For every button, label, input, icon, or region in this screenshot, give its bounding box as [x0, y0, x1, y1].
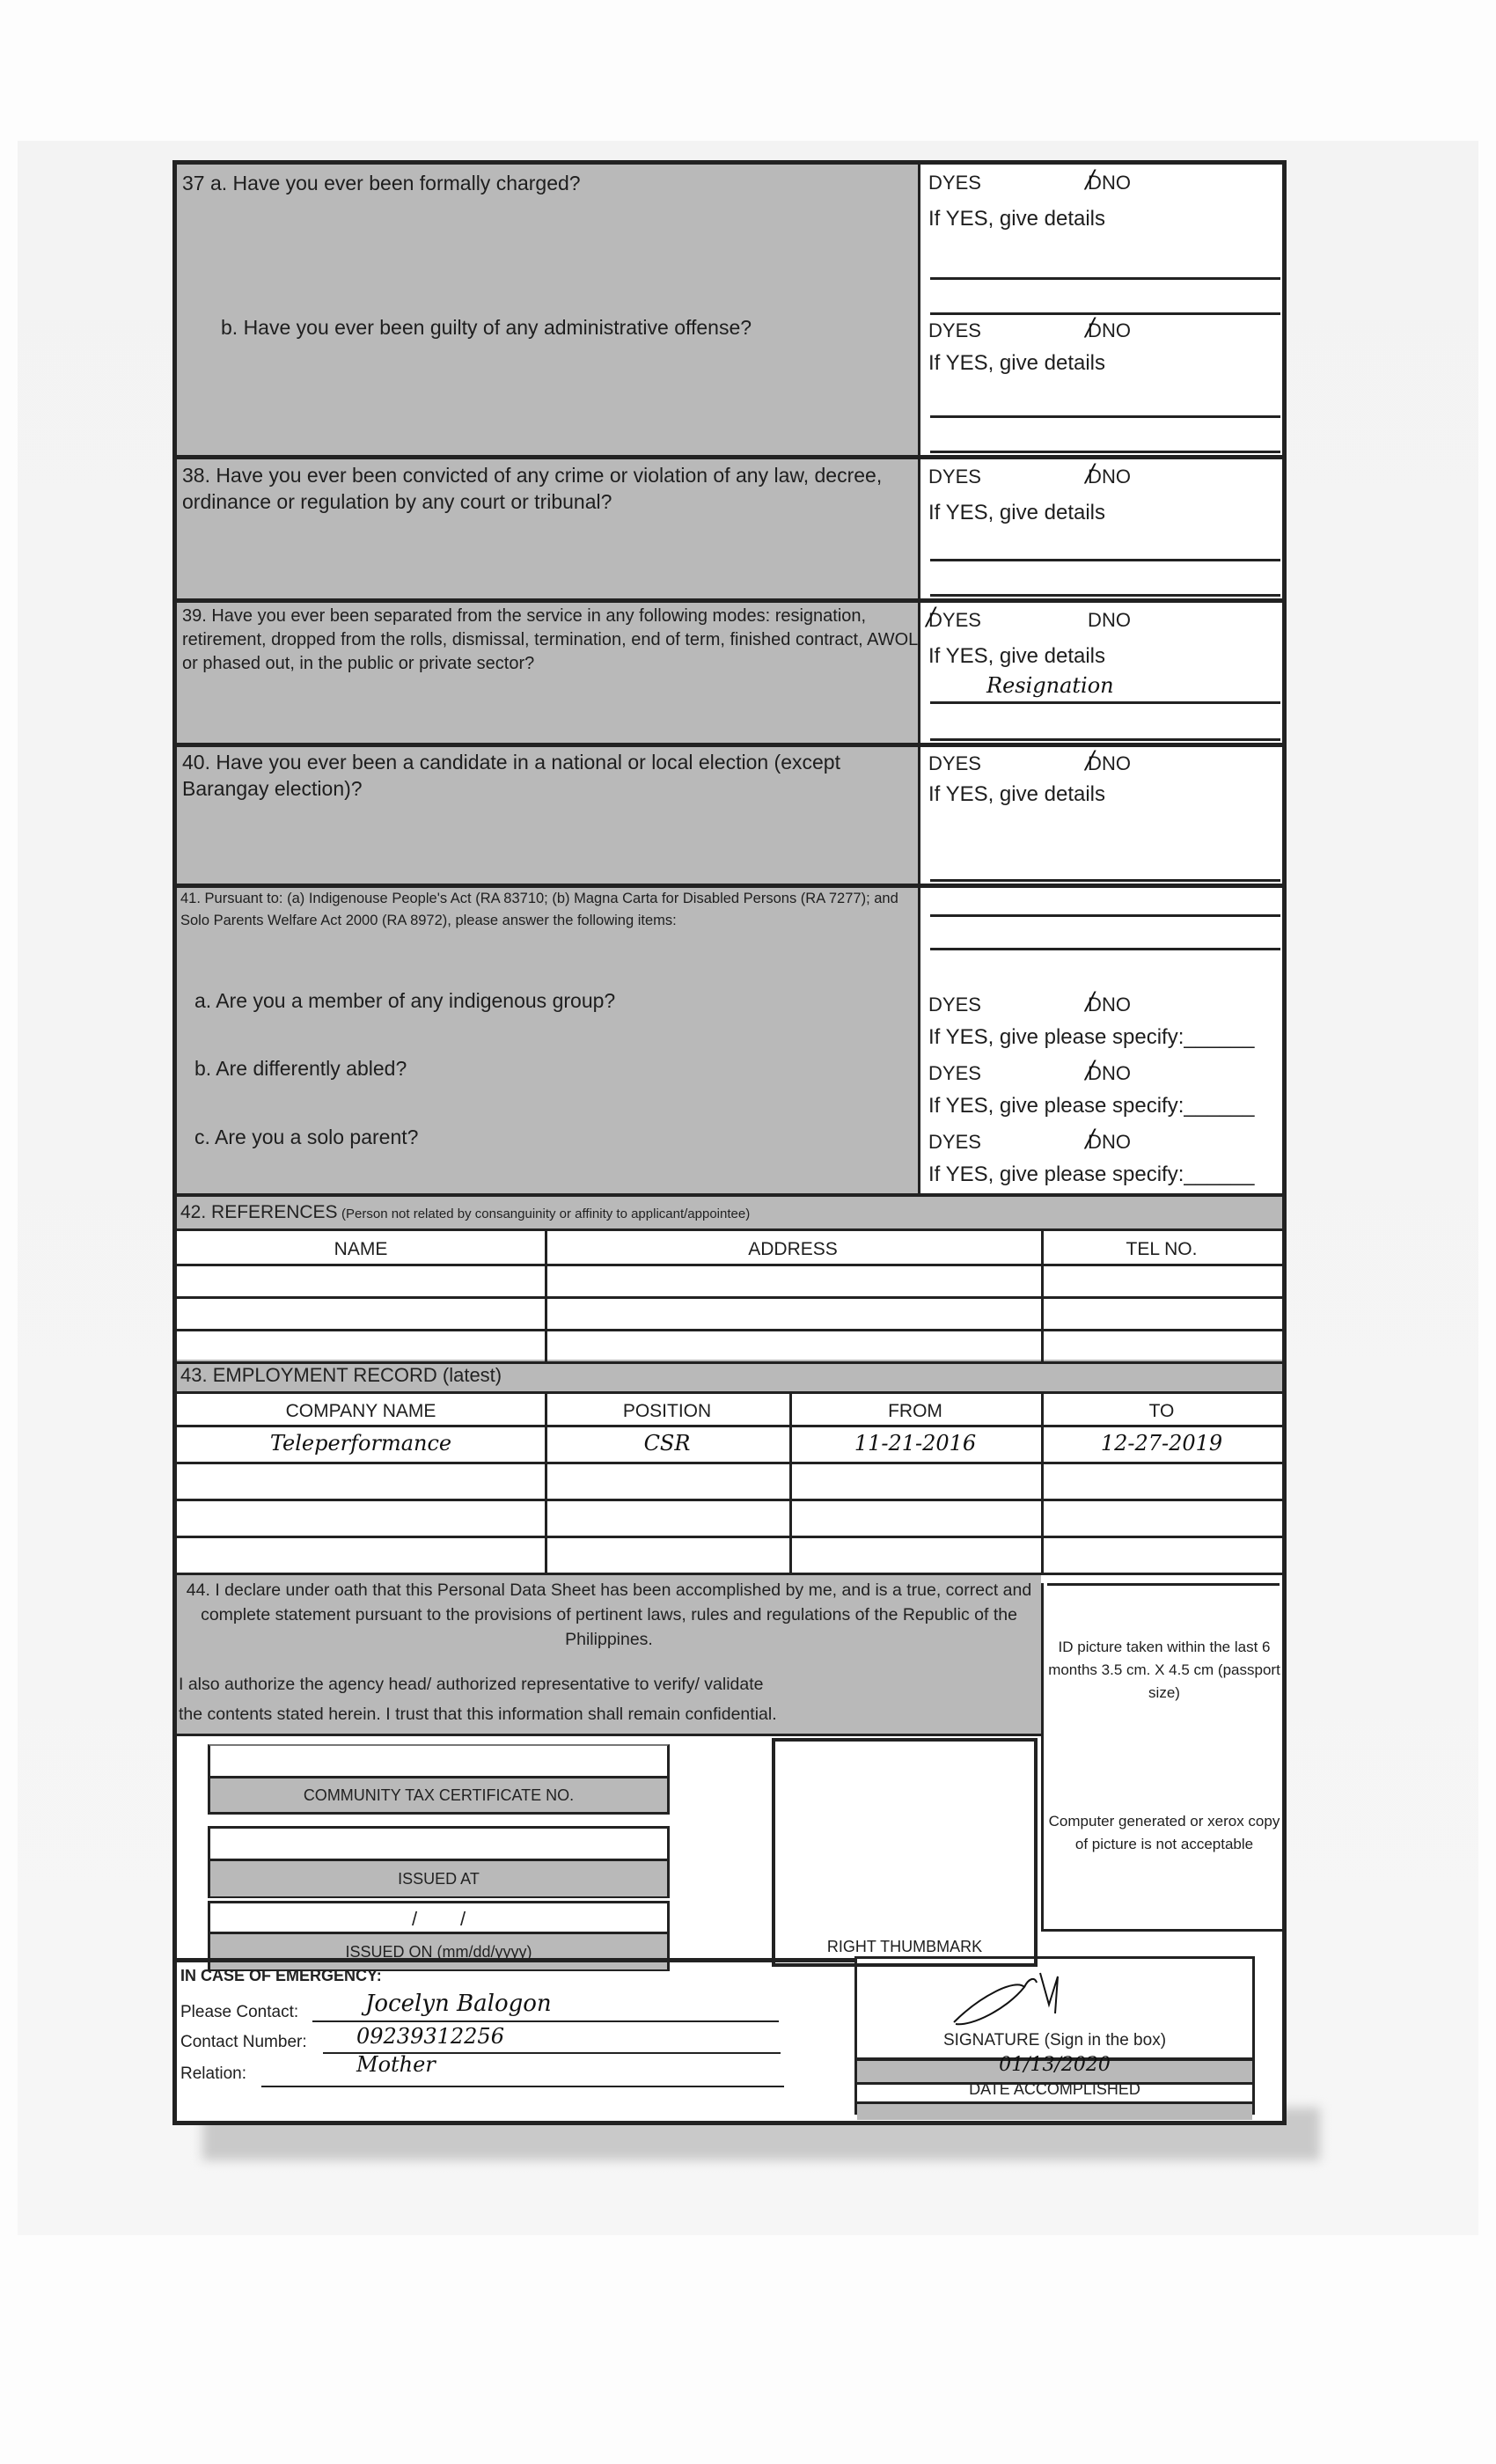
relation-label: Relation:	[180, 2064, 246, 2084]
ctc-issued-on-input[interactable]: / /	[210, 1903, 667, 1932]
q41c-specify[interactable]: If YES, give please specify:______	[928, 1162, 1280, 1187]
column-line	[1041, 1228, 1044, 1361]
q39-details-label: If YES, give details	[928, 644, 1272, 669]
q41a-yes-checkbox[interactable]: DYES	[928, 994, 981, 1016]
ctc-number-box: COMMUNITY TAX CERTIFICATE NO.	[208, 1744, 670, 1815]
employment-cell[interactable]	[789, 1462, 1041, 1499]
q40-no-checkbox[interactable]: /DNO	[1088, 752, 1131, 775]
q37a-details-label: If YES, give details	[928, 207, 1272, 231]
relation-value[interactable]: Mother	[356, 2052, 436, 2077]
row-line	[177, 1391, 1282, 1394]
q41c-no-checkbox[interactable]: /DNO	[1088, 1131, 1131, 1154]
q38-details-line-1[interactable]	[930, 559, 1280, 561]
relation-line	[261, 2086, 784, 2087]
date-accomplished-label: DATE ACCOMPLISHED	[857, 2080, 1252, 2099]
q41a-no-checkbox[interactable]: /DNO	[1088, 994, 1131, 1016]
q37b-text: b. Have you ever been guilty of any admi…	[221, 314, 907, 341]
photo-top-line	[1047, 1583, 1280, 1586]
employment-cell[interactable]	[545, 1462, 789, 1499]
ctc-issued-at-label: ISSUED AT	[210, 1859, 667, 1896]
employment-cell[interactable]	[545, 1499, 789, 1536]
contact-name-value[interactable]: Jocelyn Balogon	[365, 1991, 552, 2017]
q38-details-label: If YES, give details	[928, 501, 1272, 525]
signature-bottom-bar	[857, 2101, 1252, 2120]
q38-yes-checkbox[interactable]: DYES	[928, 466, 981, 488]
q41-line-2	[930, 948, 1280, 950]
column-line	[545, 1228, 547, 1361]
q41b-no-checkbox[interactable]: /DNO	[1088, 1062, 1131, 1085]
employment-cell[interactable]: 12-27-2019	[1041, 1425, 1282, 1462]
signature-label: SIGNATURE (Sign in the box)	[857, 2031, 1252, 2050]
id-photo-box[interactable]: ID picture taken within the last 6 month…	[1041, 1583, 1282, 1932]
signature-mark	[945, 1961, 1086, 2031]
q41b-specify[interactable]: If YES, give please specify:______	[928, 1094, 1280, 1118]
q41-line-1	[930, 914, 1280, 917]
q37b-details-label: If YES, give details	[928, 351, 1272, 376]
photo-xerox-note: Computer generated or xerox copy of pict…	[1045, 1810, 1283, 1856]
date-accomplished-value[interactable]: 01/13/2020	[857, 2054, 1252, 2076]
authorization-text-1: I also authorize the agency head/ author…	[179, 1675, 764, 1695]
row-line	[177, 1734, 1041, 1736]
ctc-issued-at-input[interactable]	[210, 1829, 667, 1859]
employment-cell[interactable]	[1041, 1536, 1282, 1573]
authorization-text-2: the contents stated herein. I trust that…	[179, 1705, 777, 1725]
employment-cell[interactable]	[177, 1536, 545, 1573]
q37a-text: 37 a. Have you ever been formally charge…	[182, 170, 904, 196]
contact-line	[312, 2020, 779, 2022]
q40-text: 40. Have you ever been a candidate in a …	[182, 749, 886, 802]
q41a-answer: DYES /DNO If YES, give please specify:__…	[928, 994, 1280, 1050]
section-divider	[177, 598, 1282, 603]
personal-data-sheet-form: 37 a. Have you ever been formally charge…	[172, 160, 1287, 2125]
q39-yes-checkbox[interactable]: /DYES	[928, 609, 981, 632]
reference-cell[interactable]	[545, 1296, 1041, 1329]
employment-cell[interactable]	[789, 1536, 1041, 1573]
q37a-no-checkbox[interactable]: /DNO	[1088, 172, 1131, 194]
contact-number-value[interactable]: 09239312256	[356, 2024, 504, 2049]
q37b-answer: DYES /DNO If YES, give details	[928, 319, 1272, 376]
employment-cell[interactable]	[545, 1536, 789, 1573]
section-divider	[177, 455, 1282, 459]
employment-cell[interactable]	[177, 1462, 545, 1499]
employment-cell[interactable]: CSR	[545, 1425, 789, 1462]
thumbmark-label: RIGHT THUMBMARK	[775, 1938, 1034, 1956]
thumbmark-box[interactable]: RIGHT THUMBMARK	[772, 1738, 1038, 1967]
q39-text: 39. Have you ever been separated from th…	[182, 605, 918, 676]
employment-column-header: COMPANY NAME	[177, 1395, 545, 1428]
q38-text: 38. Have you ever been convicted of any …	[182, 462, 913, 515]
ctc-number-label: COMMUNITY TAX CERTIFICATE NO.	[210, 1776, 667, 1812]
q37a-details-line-2[interactable]	[930, 312, 1280, 315]
reference-cell[interactable]	[1041, 1264, 1282, 1296]
q38-no-checkbox[interactable]: /DNO	[1088, 466, 1131, 488]
q40-answer: DYES /DNO If YES, give details	[928, 752, 1272, 807]
emergency-section: IN CASE OF EMERGENCY: Please Contact: Jo…	[180, 1967, 849, 2091]
employment-column-header: FROM	[789, 1395, 1041, 1428]
q39-details-value[interactable]: Resignation	[986, 673, 1114, 698]
employment-column-header: POSITION	[545, 1395, 789, 1428]
references-subtitle: (Person not related by consanguinity or …	[341, 1206, 750, 1221]
q38-answer: DYES /DNO If YES, give details	[928, 466, 1272, 525]
employment-cell[interactable]	[1041, 1462, 1282, 1499]
q39-details-line-2[interactable]	[930, 738, 1280, 741]
ctc-issued-on-label: ISSUED ON (mm/dd/yyyy)	[210, 1932, 667, 1969]
reference-cell[interactable]	[1041, 1296, 1282, 1329]
q41c-yes-checkbox[interactable]: DYES	[928, 1131, 981, 1154]
q37b-details-line-2[interactable]	[930, 451, 1280, 453]
row-line	[177, 1958, 854, 1962]
row-line	[177, 1228, 1282, 1231]
reference-cell[interactable]	[177, 1264, 545, 1296]
reference-cell[interactable]	[545, 1264, 1041, 1296]
employment-column-header: TO	[1041, 1395, 1282, 1428]
q41b-text: b. Are differently abled?	[194, 1055, 881, 1082]
q41c-text: c. Are you a solo parent?	[194, 1124, 881, 1150]
q41a-specify[interactable]: If YES, give please specify:______	[928, 1025, 1280, 1050]
ctc-number-input[interactable]	[210, 1746, 667, 1776]
contact-number-label: Contact Number:	[180, 2033, 307, 2052]
employment-header: 43. EMPLOYMENT RECORD (latest)	[177, 1360, 1282, 1391]
q41c-answer: DYES /DNO If YES, give please specify:__…	[928, 1131, 1280, 1187]
reference-cell[interactable]	[1041, 1329, 1282, 1361]
column-divider	[918, 165, 920, 1193]
signature-box[interactable]: SIGNATURE (Sign in the box) 01/13/2020 D…	[854, 1956, 1255, 2115]
q37b-no-checkbox[interactable]: /DNO	[1088, 319, 1131, 342]
declaration-text: 44. I declare under oath that this Perso…	[177, 1573, 1041, 1652]
q40-details-label: If YES, give details	[928, 782, 1272, 807]
q41b-yes-checkbox[interactable]: DYES	[928, 1062, 981, 1085]
column-line	[789, 1391, 792, 1573]
emergency-title: IN CASE OF EMERGENCY:	[180, 1967, 849, 1985]
q40-yes-checkbox[interactable]: DYES	[928, 752, 981, 775]
references-title: 42. REFERENCES	[180, 1202, 338, 1222]
row-line	[177, 1573, 1282, 1575]
q38-details-line-2[interactable]	[930, 594, 1280, 597]
q37a-yes-checkbox[interactable]: DYES	[928, 172, 981, 194]
column-line	[545, 1391, 547, 1573]
q41b-answer: DYES /DNO If YES, give please specify:__…	[928, 1062, 1280, 1118]
references-header: 42. REFERENCES (Person not related by co…	[177, 1197, 1282, 1228]
employment-cell[interactable]	[1041, 1499, 1282, 1536]
q37a-details-line-1[interactable]	[930, 277, 1280, 280]
employment-cell[interactable]	[177, 1499, 545, 1536]
reference-cell[interactable]	[545, 1329, 1041, 1361]
contact-label: Please Contact:	[180, 2003, 298, 2022]
q41-text: 41. Pursuant to: (a) Indigenouse People'…	[180, 888, 916, 932]
q40-details-line[interactable]	[930, 879, 1280, 882]
q37a-answer: DYES /DNO If YES, give details	[928, 172, 1272, 231]
reference-cell[interactable]	[177, 1296, 545, 1329]
employment-title: 43. EMPLOYMENT RECORD (latest)	[180, 1364, 502, 1386]
reference-cell[interactable]	[177, 1329, 545, 1361]
ctc-issued-at-box: ISSUED AT	[208, 1826, 670, 1898]
q37b-details-line-1[interactable]	[930, 415, 1280, 418]
declaration-panel: 44. I declare under oath that this Perso…	[177, 1573, 1041, 1734]
employment-cell[interactable]: 11-21-2016	[789, 1425, 1041, 1462]
row-line	[177, 1361, 1282, 1364]
q39-details-line-1	[930, 701, 1280, 704]
reference-column-header: ADDRESS	[545, 1232, 1041, 1267]
section-divider	[177, 743, 1282, 747]
employment-cell[interactable]: Teleperformance	[177, 1425, 545, 1462]
q41a-text: a. Are you a member of any indigenous gr…	[194, 987, 881, 1014]
q39-no-checkbox[interactable]: DNO	[1088, 609, 1131, 632]
employment-cell[interactable]	[789, 1499, 1041, 1536]
reference-column-header: NAME	[177, 1232, 545, 1267]
reference-column-header: TEL NO.	[1041, 1232, 1282, 1267]
column-line	[1041, 1391, 1044, 1573]
id-photo-note: ID picture taken within the last 6 month…	[1045, 1636, 1283, 1705]
q39-answer: /DYES DNO If YES, give details	[928, 609, 1272, 669]
q37b-yes-checkbox[interactable]: DYES	[928, 319, 981, 342]
